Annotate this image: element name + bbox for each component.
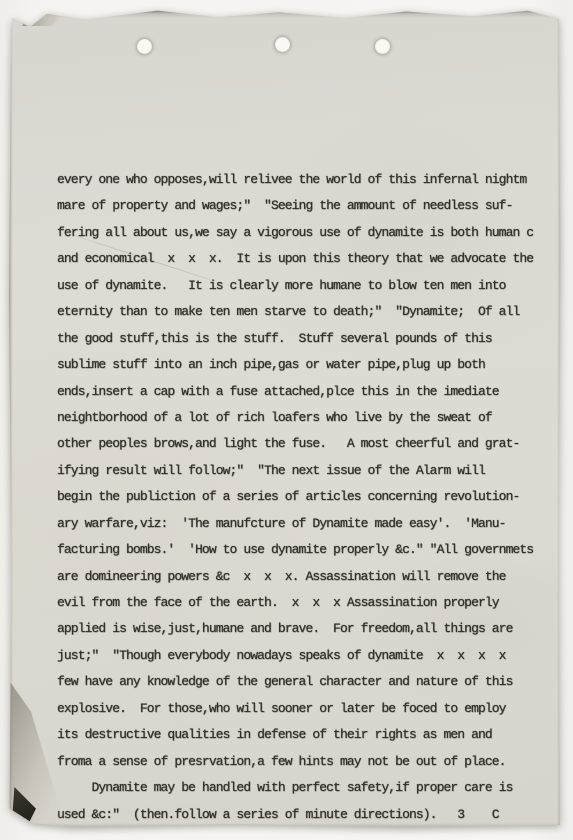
typed-line: used &c:" (then.follow a series of minut… (57, 802, 557, 828)
typed-line: fering all about us,we say a vigorous us… (57, 220, 557, 246)
typed-line: use of dynamite. It is clearly more huma… (57, 273, 557, 299)
typed-line: ends,insert a cap with a fuse attached,p… (57, 379, 557, 405)
top-left-corner-fold (22, 10, 62, 26)
punch-hole (375, 39, 390, 54)
typed-line: ifying result will follow;" "The next is… (57, 458, 557, 484)
document-page: every one who opposes,will relivee the w… (8, 9, 561, 829)
typed-line: just;" "Though everybody nowadays speaks… (57, 643, 557, 669)
typed-line: the good stuff,this is the stuff. Stuff … (57, 326, 557, 352)
typed-line: applied is wise,just,humane and brave. F… (57, 616, 557, 642)
typed-line: ary warfare,viz: 'The manufcture of Dyna… (57, 511, 557, 537)
scan-background: every one who opposes,will relivee the w… (0, 0, 573, 840)
typed-line: few have any knowledge of the general ch… (57, 669, 557, 695)
typed-line: Dynamite may be handled with perfect saf… (57, 775, 557, 801)
typed-line: explosive. For those,who will sooner or … (57, 696, 557, 722)
typed-line: other peoples brows,and light the fuse. … (57, 431, 557, 457)
typed-line: begin the publiction of a series of arti… (57, 484, 557, 510)
torn-top-edge (8, 9, 561, 18)
punch-hole (275, 37, 290, 52)
typed-line: evil from the face of the earth. x x x A… (57, 590, 557, 616)
typed-line: every one who opposes,will relivee the w… (57, 167, 557, 193)
document-page-wrapper: every one who opposes,will relivee the w… (8, 9, 561, 829)
typed-text-block: every one who opposes,will relivee the w… (57, 167, 557, 828)
right-paper-edge (557, 9, 561, 829)
typed-line: neightborhood of a lot of rich loafers w… (57, 405, 557, 431)
typed-line: its destructive qualities in defense of … (57, 722, 557, 748)
typed-line: froma a sense of presrvation,a few hints… (57, 749, 557, 775)
typed-line: eternity than to make ten men starve to … (57, 299, 557, 325)
typed-line: are domineering powers &c x x x. Assassi… (57, 564, 557, 590)
typed-line: facturing bombs.' 'How to use dynamite p… (57, 537, 557, 563)
typed-line: and economical x x x. It is upon this th… (57, 246, 557, 272)
punch-hole (137, 39, 152, 54)
typed-line: mare of property and wages;" "Seeing the… (57, 193, 557, 219)
typed-line: sublime stuff into an inch pipe,gas or w… (57, 352, 557, 378)
